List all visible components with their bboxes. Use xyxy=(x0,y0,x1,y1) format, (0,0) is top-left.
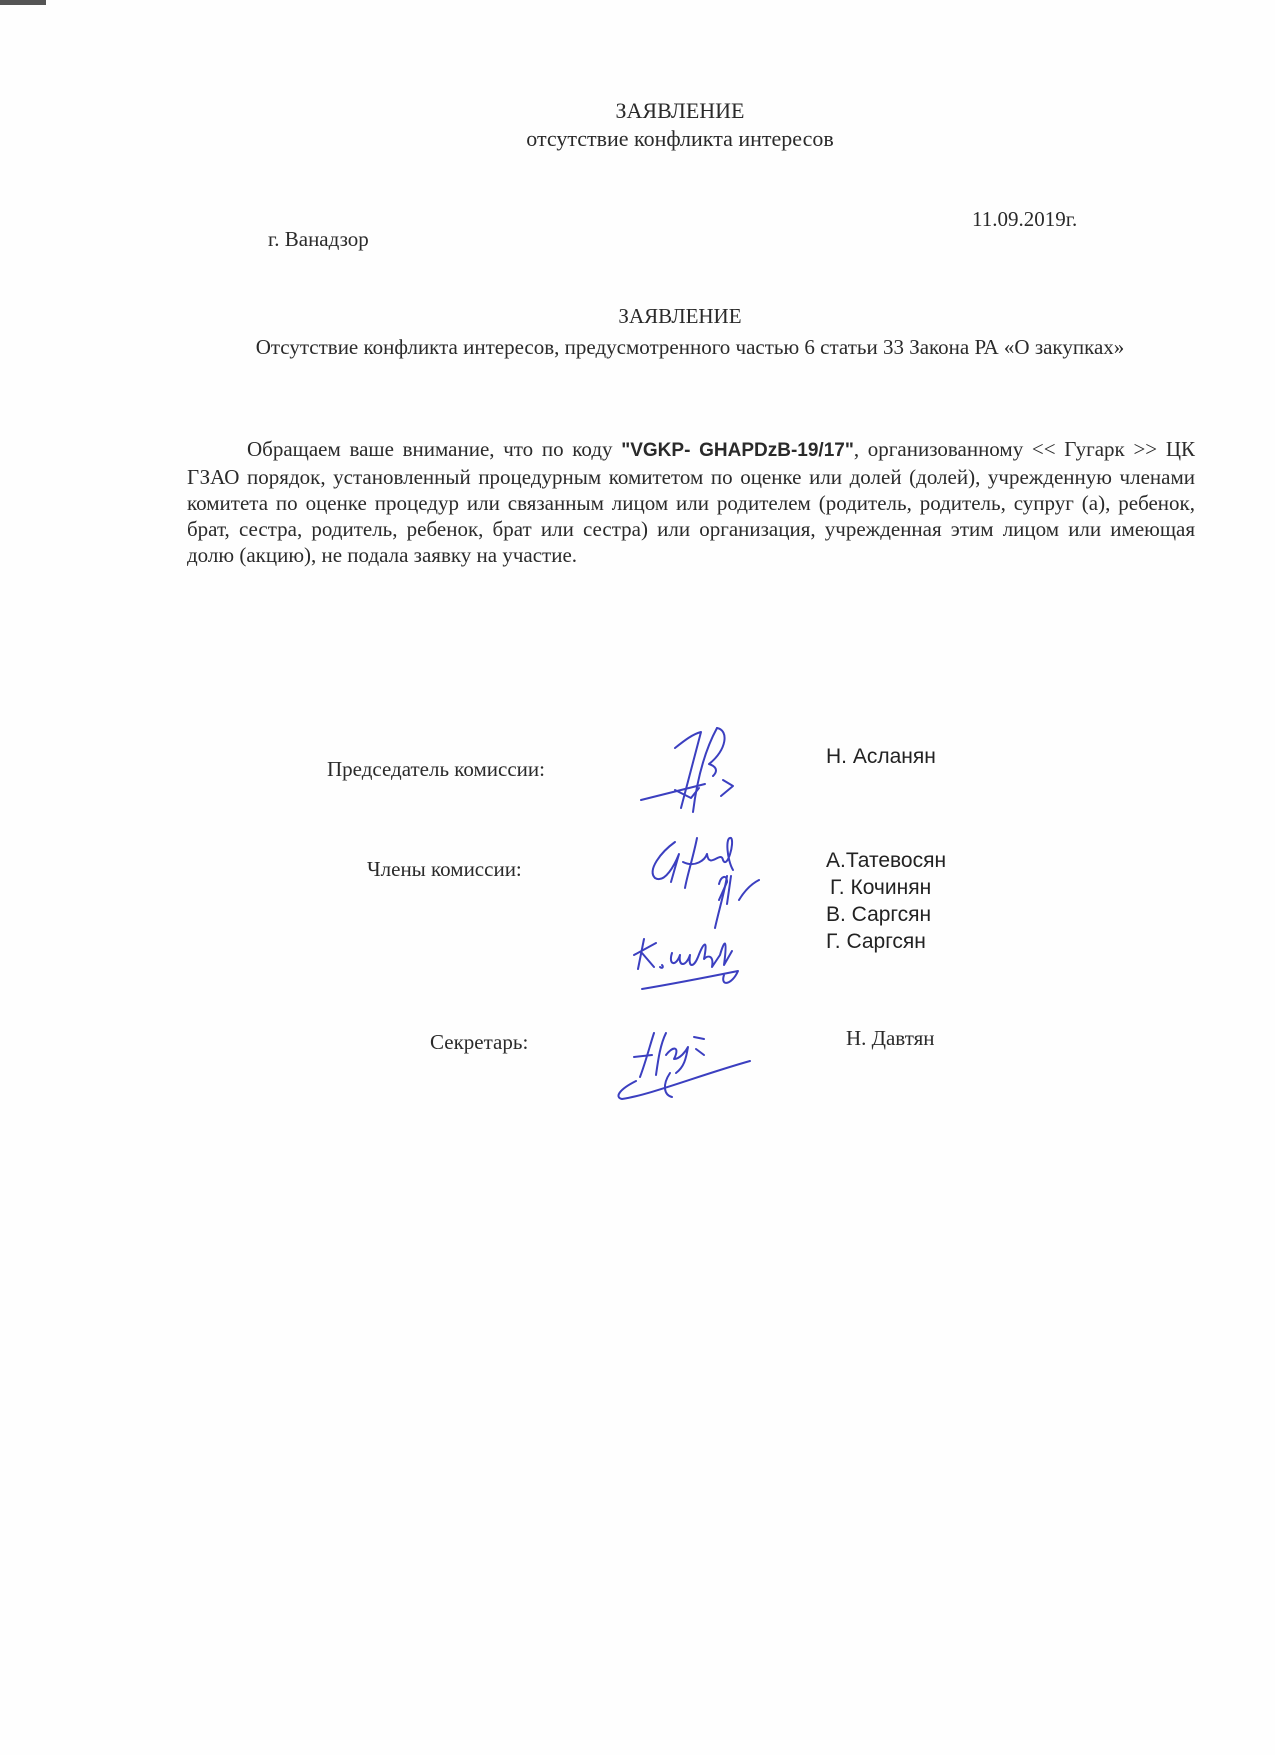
statement-subtitle: Отсутствие конфликта интересов, предусмо… xyxy=(210,332,1170,363)
member-name: А.Татевосян xyxy=(826,847,946,874)
body-text-part1: Обращаем ваше внимание, что по коду xyxy=(247,437,621,461)
header-subtitle: отсутствие конфликта интересов xyxy=(0,126,1275,152)
place: г. Ванадзор xyxy=(268,227,369,252)
header-title: ЗАЯВЛЕНИЕ xyxy=(0,98,1275,124)
chair-name: Н. Асланян xyxy=(826,743,936,770)
procurement-code: "VGKP- GHAPDzB-19/17" xyxy=(621,440,854,461)
member-signature-2-icon xyxy=(628,925,778,1005)
body-paragraph: Обращаем ваше внимание, что по коду "VGK… xyxy=(187,436,1195,568)
member-signature-1-icon xyxy=(635,830,785,930)
statement-title: ЗАЯВЛЕНИЕ xyxy=(0,304,1275,329)
secretary-signature-icon xyxy=(600,1025,780,1105)
member-name: В. Саргсян xyxy=(826,901,946,928)
members-names-list: А.Татевосян Г. Кочинян В. Саргсян Г. Сар… xyxy=(826,847,946,955)
member-name: Г. Саргсян xyxy=(826,928,946,955)
member-name: Г. Кочинян xyxy=(826,874,946,901)
members-role-label: Члены комиссии: xyxy=(367,857,522,882)
secretary-name: Н. Давтян xyxy=(846,1026,935,1051)
chair-signature-icon xyxy=(635,720,765,815)
scan-edge-artifact xyxy=(0,0,46,5)
secretary-role-label: Секретарь: xyxy=(430,1030,528,1055)
chair-role-label: Председатель комиссии: xyxy=(327,757,545,782)
date: 11.09.2019г. xyxy=(972,207,1077,232)
